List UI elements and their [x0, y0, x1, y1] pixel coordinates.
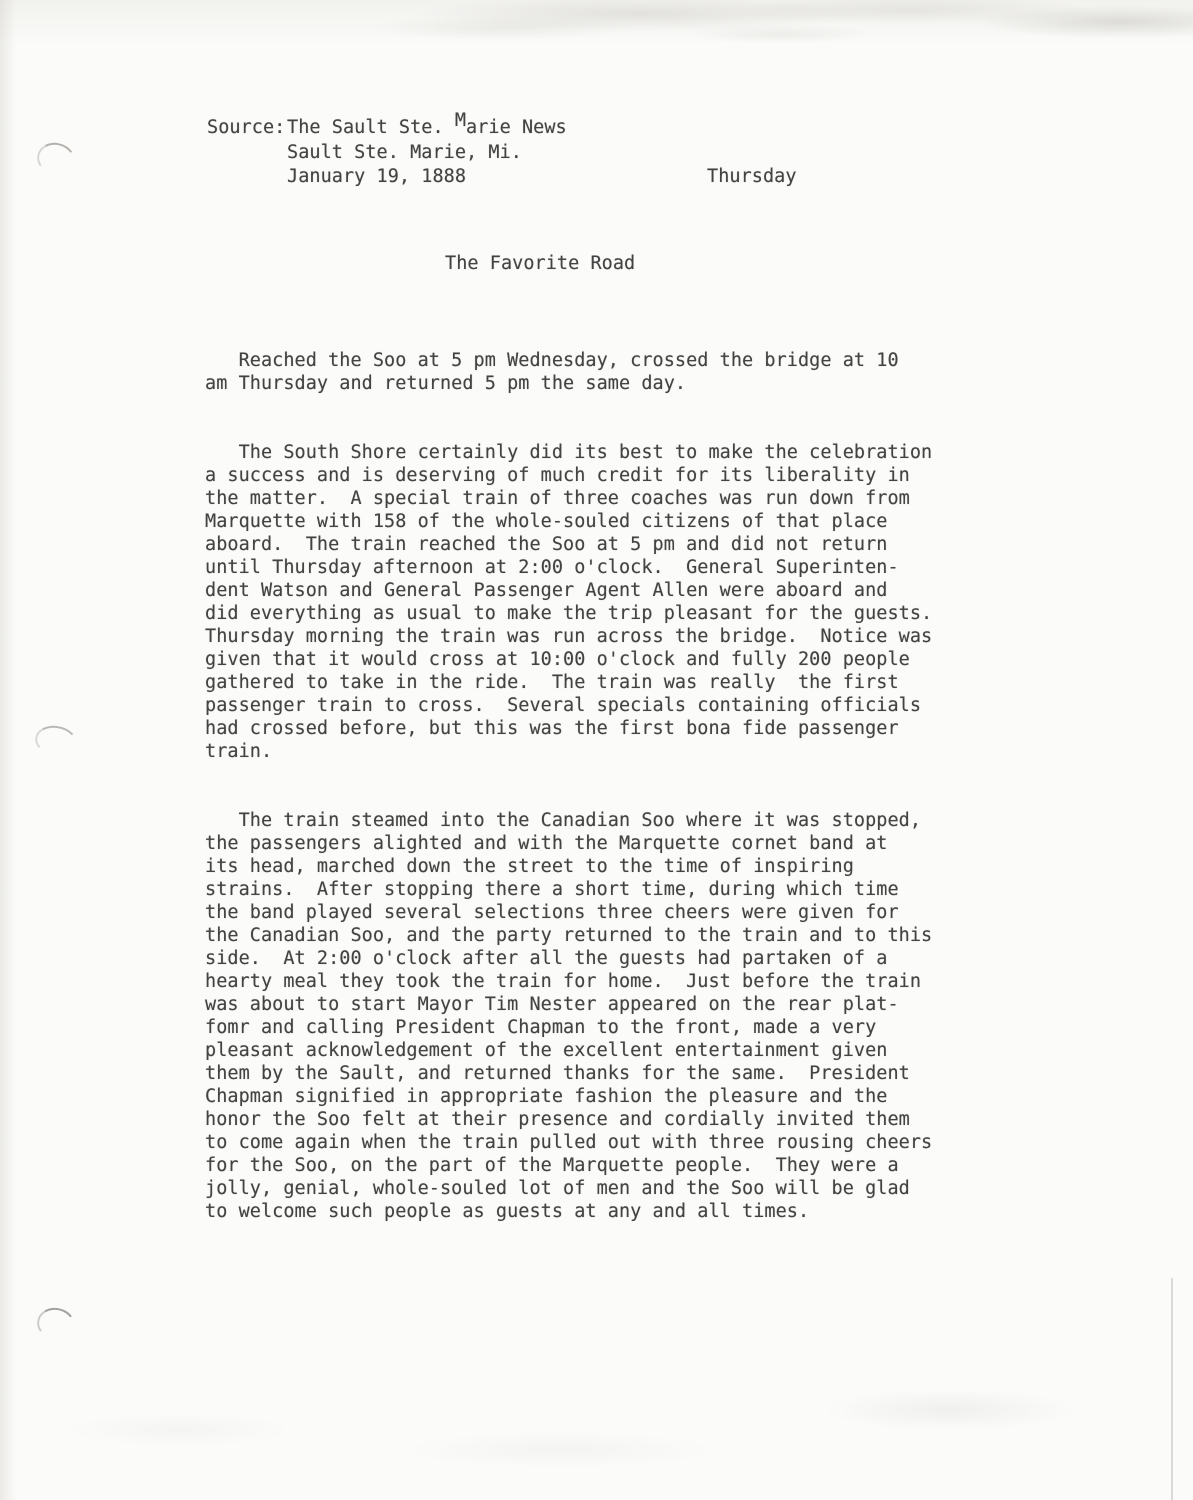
- publication-name-suffix: arie News: [466, 117, 567, 138]
- scan-noise-bottom: [0, 1360, 1193, 1500]
- punch-hole-mark: [33, 723, 80, 760]
- scan-right-edge-line: [1171, 1278, 1173, 1500]
- punch-hole-mark: [34, 1304, 78, 1343]
- scanned-page: Source: The Sault Ste. Marie News Sault …: [0, 0, 1193, 1500]
- publication-location: Sault Ste. Marie, Mi.: [287, 141, 522, 164]
- article-body: Reached the Soo at 5 pm Wednesday, cross…: [205, 303, 932, 1269]
- scan-left-edge-shading: [0, 0, 16, 1500]
- article-paragraph: The South Shore certainly did its best t…: [205, 441, 932, 763]
- source-label: Source:: [207, 116, 285, 139]
- punch-hole-mark: [34, 139, 79, 179]
- article-paragraph: Reached the Soo at 5 pm Wednesday, cross…: [205, 349, 932, 395]
- publication-name-prefix: The Sault Ste.: [287, 117, 455, 138]
- scan-noise-top: [0, 0, 1193, 52]
- article-paragraph: The train steamed into the Canadian Soo …: [205, 809, 932, 1223]
- publication-weekday: Thursday: [707, 165, 797, 188]
- publication-name-raised-letter: M: [455, 110, 466, 131]
- publication-name: The Sault Ste. Marie News: [287, 116, 567, 139]
- article-title: The Favorite Road: [445, 252, 635, 275]
- publication-date: January 19, 1888: [287, 165, 466, 188]
